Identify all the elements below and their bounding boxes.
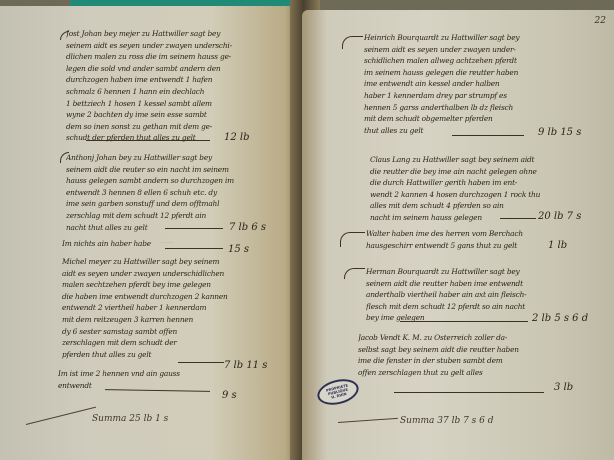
entry-line: offen zerschlagen thut zu gelt alles — [358, 367, 548, 379]
entry-line: flesch mit dem schudt 12 pferdt so ain n… — [366, 301, 546, 313]
entry-rule — [165, 228, 223, 229]
entry-1: Jost Johan bey mejer zu Hattwiller sagt … — [66, 28, 236, 144]
entry-line: ime sein garben sonstuff und dem offtmah… — [66, 198, 236, 210]
faded-text: ____ — [160, 235, 174, 243]
entry-line: dy 6 sester samstag sambt offen — [62, 326, 242, 338]
entry-line: bey ime gelegen — [366, 312, 546, 324]
entry-amount: 12 lb — [224, 132, 250, 143]
folio-number: 22 — [595, 16, 606, 26]
entry-rule — [400, 321, 528, 322]
initial-flourish — [340, 232, 365, 247]
entry-line: malen sechtzehen pferdt bey ime gelegen — [62, 279, 242, 291]
total-flourish — [26, 407, 96, 425]
entry-line: Im nichts ain haber habe — [62, 238, 172, 250]
entry-line: hausgeschirr entwendt 5 gans thut zu gel… — [366, 240, 546, 252]
entry-line: die durch Hattwiller gerith haben im ent… — [370, 177, 540, 189]
entry-line: legen die sold vnd ander sambt andern de… — [66, 63, 236, 75]
entry-5: Jacob Vendt K. M. zu Osterreich zoller d… — [358, 332, 548, 378]
entry-line: Jacob Vendt K. M. zu Osterreich zoller d… — [358, 332, 548, 344]
entry-4: Michel meyer zu Hattwiller sagt bey sein… — [62, 256, 242, 360]
entry-3: Walter haben ime des herren vom Berchach… — [366, 228, 546, 251]
entry-line: seinem aidt die reuter so ein nacht im s… — [66, 164, 236, 176]
entry-1: Heinrich Bourquardt zu Hattwiller sagt b… — [364, 32, 542, 136]
entry-amount: 3 lb — [554, 382, 573, 393]
entry-line: die haben ime entwendt durchzogen 2 kann… — [62, 291, 242, 303]
entry-line: seinem aidt es seyen under zwayen under- — [364, 44, 542, 56]
entry-amount: 20 lb 7 s — [538, 211, 581, 222]
entry-line: hennen 5 garss anderthalben lb dz fleisc… — [364, 102, 542, 114]
initial-flourish — [342, 36, 363, 49]
entry-amount: 1 lb — [548, 240, 567, 251]
entry-5: Im ist ime 2 hennen vnd ain gauss entwen… — [58, 368, 218, 391]
entry-line: anderthalb viertheil haber ain axt ain f… — [366, 289, 546, 301]
entry-line: selbst sagt bey seinem aidt die reutter … — [358, 344, 548, 356]
entry-rule — [178, 362, 224, 363]
entry-line: haber 1 kennerdam drey par strumpf es — [364, 90, 542, 102]
entry-amount: 7 lb 11 s — [224, 360, 267, 371]
entry-line: Herman Bourquardt zu Hattwiller sagt bey — [366, 266, 546, 278]
entry-amount: 9 s — [222, 390, 237, 401]
entry-rule — [452, 135, 524, 136]
entry-line: seinem aidt es seyen under zwayen unders… — [66, 40, 236, 52]
entry-line: ime entwendt ain kessel ander halben — [364, 78, 542, 90]
entry-line: Heinrich Bourquardt zu Hattwiller sagt b… — [364, 32, 542, 44]
entry-line: zerschlag mit dem schudt 12 pferdt ain — [66, 210, 236, 222]
entry-4: Herman Bourquardt zu Hattwiller sagt bey… — [366, 266, 546, 324]
entry-line: wyne 2 bachten dy ime sein esse sambt — [66, 109, 236, 121]
entry-line: schidlichen malen allweg achtzehen pferd… — [364, 55, 542, 67]
entry-line: aidt es seyen under zwayen underschidlic… — [62, 268, 242, 280]
entry-line: schmalz 6 hennen 1 hann ein dechlach — [66, 86, 236, 98]
entry-line: zerschlagen mit dem schudt der — [62, 337, 242, 349]
entry-line: mit dem schudt obgemelter pferden — [364, 113, 542, 125]
entry-line: hauss gelegen sambt andern so durchzogen… — [66, 175, 236, 187]
entry-line: ime die fenster in der stuben sambt dem — [358, 355, 548, 367]
entry-line: mit dem reitzeugen 3 karren hennen — [62, 314, 242, 326]
entry-amount: 9 lb 15 s — [538, 127, 581, 138]
entry-3: Im nichts ain haber habe — [62, 238, 172, 250]
entry-rule — [394, 392, 544, 393]
page-total: Summa 25 lb 1 s — [92, 414, 168, 424]
entry-line: wendt 2 kannen 4 hosen durchzogen 1 rock… — [370, 189, 540, 201]
entry-line: dem so inen sonst zu gethan mit dem ge- — [66, 121, 236, 133]
entry-line: im seinem hauss gelegen die reutter habe… — [364, 67, 542, 79]
entry-rule — [500, 218, 536, 219]
entry-line: 1 bettziech 1 hosen 1 kessel sambt allem — [66, 98, 236, 110]
entry-amount: 2 lb 5 s 6 d — [532, 313, 588, 324]
total-flourish — [338, 418, 398, 423]
entry-line: Michel meyer zu Hattwiller sagt bey sein… — [62, 256, 242, 268]
entry-line: die reutter die bey ime ain nacht gelege… — [370, 166, 540, 178]
entry-2: Claus Lang zu Hattwiller sagt bey seinem… — [370, 154, 540, 224]
entry-line: dlichen malen zu ross die im seinem haus… — [66, 51, 236, 63]
entry-line: Walter haben ime des herren vom Berchach — [366, 228, 546, 240]
entry-rule — [86, 140, 210, 141]
left-page: Jost Johan bey mejer zu Hattwiller sagt … — [0, 6, 300, 460]
initial-flourish — [344, 268, 365, 279]
entry-line: Im ist ime 2 hennen vnd ain gauss — [58, 368, 218, 380]
entry-line: entwendt 3 hennen 8 ellen 6 schuh etc. d… — [66, 187, 236, 199]
entry-line: durchzogen haben ime entwendt 1 hafen — [66, 74, 236, 86]
entry-amount: 7 lb 6 s — [229, 222, 266, 233]
entry-line: alles mit dem schudt 4 pferden so ain — [370, 200, 540, 212]
entry-2: Anthonj Johan bey zu Hattwiller sagt bey… — [66, 152, 236, 233]
entry-line: Claus Lang zu Hattwiller sagt bey seinem… — [370, 154, 540, 166]
entry-line: Jost Johan bey mejer zu Hattwiller sagt … — [66, 28, 236, 40]
entry-amount: 15 s — [228, 244, 249, 255]
entry-line: entwendt 2 viertheil haber 1 kennerdam — [62, 302, 242, 314]
entry-rule — [165, 248, 223, 249]
page-total: Summa 37 lb 7 s 6 d — [400, 416, 494, 426]
entry-line: pferden thut alles zu gelt — [62, 349, 242, 361]
entry-line: Anthonj Johan bey zu Hattwiller sagt bey — [66, 152, 236, 164]
entry-line: seinem aidt die reutter haben ime entwen… — [366, 278, 546, 290]
entry-line: schudt der pferden thut alles zu gelt — [66, 132, 236, 144]
